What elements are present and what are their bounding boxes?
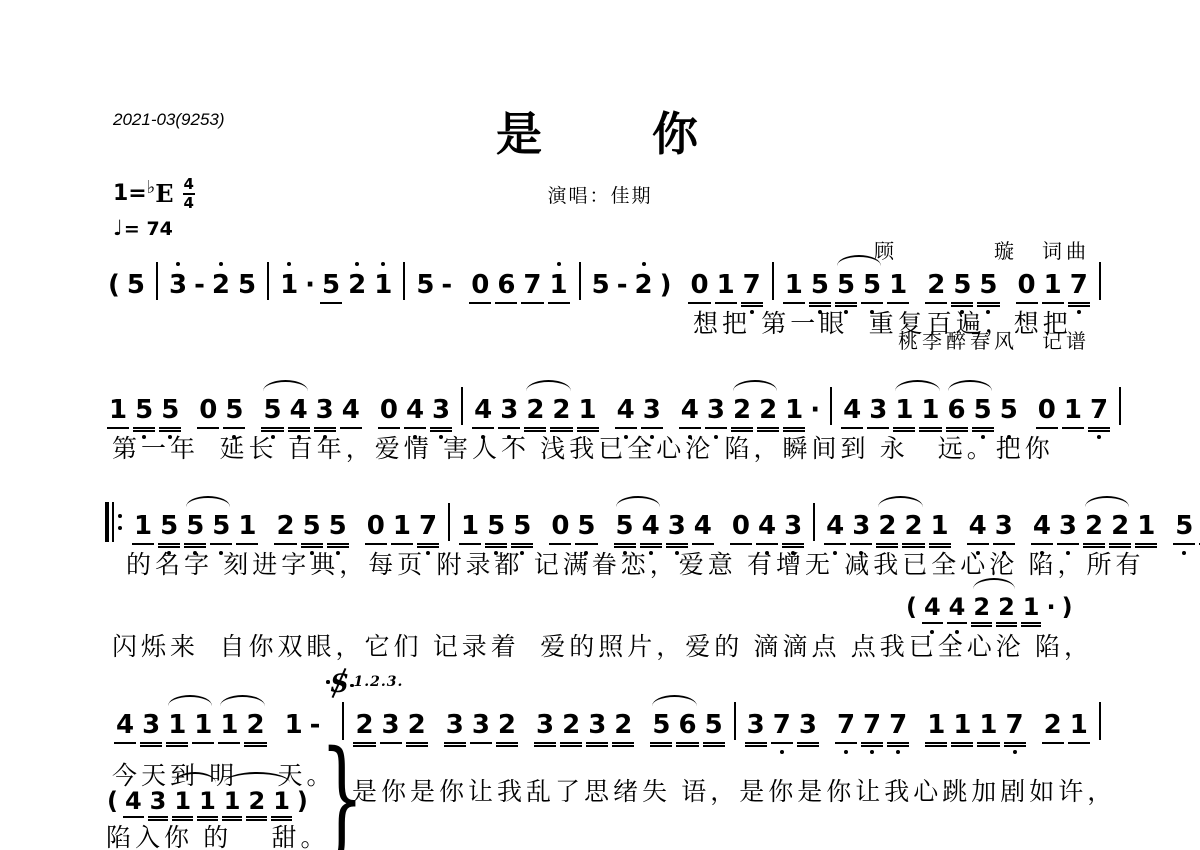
octave-dot-below bbox=[844, 750, 848, 754]
octave-dot-below bbox=[780, 750, 784, 754]
paren: ( bbox=[905, 593, 918, 621]
note: 4 bbox=[841, 394, 863, 429]
segno-dot bbox=[350, 684, 354, 688]
octave-dot-below bbox=[1013, 750, 1017, 754]
dash: - bbox=[193, 270, 206, 300]
note: 7 bbox=[1004, 709, 1026, 744]
note: 1 bbox=[1062, 394, 1084, 429]
tie-group: 121 bbox=[220, 786, 294, 818]
paren: ) bbox=[296, 787, 309, 815]
note: 4 bbox=[640, 510, 662, 545]
note: 2 bbox=[210, 269, 232, 302]
barline-icon bbox=[461, 387, 463, 425]
barline-icon bbox=[267, 262, 269, 300]
note: 4 bbox=[692, 510, 714, 545]
note: 1 bbox=[172, 786, 193, 818]
note: 5 bbox=[575, 510, 597, 545]
rest: 0 bbox=[1016, 269, 1038, 304]
note: 6 bbox=[495, 269, 517, 304]
note: 5 bbox=[327, 510, 349, 545]
note: 4 bbox=[824, 510, 846, 545]
note: 1 bbox=[887, 269, 909, 304]
tie-group: 22 bbox=[874, 510, 926, 545]
tie-group: 22 bbox=[1081, 510, 1133, 545]
barline-icon bbox=[403, 262, 405, 300]
note: 1 bbox=[715, 269, 737, 304]
note: 5 bbox=[223, 394, 245, 429]
note: 2 bbox=[1042, 709, 1064, 744]
notes-line-5: 4311121-S1.2.3.2323323232565373777111721 bbox=[112, 702, 1108, 744]
time-top: 4 bbox=[183, 176, 195, 195]
note: 5 bbox=[485, 510, 507, 545]
tie-group: 56 bbox=[648, 709, 700, 744]
note: 7 bbox=[771, 709, 793, 744]
note: 5 bbox=[998, 394, 1020, 427]
note: 1 bbox=[197, 786, 218, 818]
tie-group: 55 bbox=[182, 510, 234, 545]
octave-dot-below bbox=[896, 750, 900, 754]
tie-group: 12 bbox=[216, 709, 268, 744]
note: 3 bbox=[797, 709, 819, 744]
note: 1 bbox=[107, 394, 129, 429]
flat-icon: ♭ bbox=[147, 177, 156, 198]
segno-icon: S bbox=[330, 671, 348, 696]
note: 4 bbox=[922, 592, 943, 624]
note: 6 bbox=[676, 709, 698, 744]
note: 1 bbox=[977, 709, 999, 744]
repeat-dot bbox=[118, 526, 122, 530]
note: 5 bbox=[809, 269, 831, 304]
barline-icon bbox=[734, 702, 736, 740]
note: 5 bbox=[972, 394, 994, 429]
note: 4 bbox=[947, 592, 968, 624]
barline-icon bbox=[579, 262, 581, 300]
volta-numbers: 1.2.3. bbox=[354, 674, 404, 690]
note: 3 bbox=[745, 709, 767, 744]
tempo-value: = 74 bbox=[124, 218, 173, 240]
note: 5 bbox=[236, 269, 258, 302]
tie-group: 54 bbox=[612, 510, 664, 545]
octave-dot-above bbox=[176, 262, 180, 266]
note: 4 bbox=[472, 394, 494, 429]
note: 1 bbox=[951, 709, 973, 744]
note: 1 bbox=[283, 709, 305, 742]
lyrics-line-4: 闪烁来 自你双眼，它们 记录着 爱的照片，爱的 滴滴点 点我已全心沦 陷， bbox=[112, 627, 1093, 663]
note: 1 bbox=[783, 269, 805, 304]
notes-line-1: (53-251·5215-06715-2)01715551255017 bbox=[105, 262, 1108, 304]
note: 4 bbox=[756, 510, 778, 545]
note: 1 bbox=[132, 510, 154, 545]
lyrics-line-1: 想把 第一眼 重复百遍，想把 bbox=[693, 304, 1072, 340]
paren: ( bbox=[106, 787, 119, 815]
dash: - bbox=[616, 270, 629, 300]
time-bottom: 4 bbox=[184, 195, 194, 212]
note: 1 bbox=[925, 709, 947, 744]
rest: 0 bbox=[378, 394, 400, 429]
notes-line-2: 155055434043432214343221·4311655017 bbox=[105, 387, 1128, 429]
note: 1 bbox=[577, 394, 599, 429]
note: 5 bbox=[703, 709, 725, 744]
note: 2 bbox=[1109, 510, 1131, 545]
paren: ) bbox=[1061, 593, 1074, 621]
note: 3 bbox=[867, 394, 889, 429]
note: 5 bbox=[1173, 510, 1195, 545]
note: 3 bbox=[314, 394, 336, 429]
paren: ( bbox=[107, 270, 121, 300]
note: 2 bbox=[902, 510, 924, 545]
note: 5 bbox=[210, 510, 232, 545]
rest: 0 bbox=[365, 510, 387, 545]
note: 3 bbox=[534, 709, 556, 744]
note: 7 bbox=[741, 269, 763, 304]
octave-dot-below bbox=[1182, 551, 1186, 555]
rest: 0 bbox=[469, 269, 491, 304]
note: 3 bbox=[470, 709, 492, 744]
note: 1 bbox=[1068, 709, 1090, 744]
note: 5 bbox=[650, 709, 672, 744]
note: 2 bbox=[731, 394, 753, 429]
segno-mark: S1.2.3. bbox=[330, 671, 450, 696]
augmentation-dot: · bbox=[809, 395, 821, 425]
note: 1 bbox=[222, 786, 243, 818]
note: 2 bbox=[632, 269, 654, 302]
note: 1 bbox=[236, 510, 258, 545]
note: 1 bbox=[548, 269, 570, 304]
key-signature: 1=♭E 4 4 bbox=[113, 176, 195, 211]
repeat-thin-bar bbox=[112, 502, 114, 542]
barline-icon bbox=[813, 503, 815, 541]
note: 4 bbox=[114, 709, 136, 744]
note: 3 bbox=[380, 709, 402, 744]
note: 3 bbox=[666, 510, 688, 545]
note: 2 bbox=[244, 709, 266, 744]
note: 1 bbox=[166, 709, 188, 744]
note: 5 bbox=[125, 269, 147, 302]
barline-icon bbox=[772, 262, 774, 300]
note: 1 bbox=[218, 709, 240, 744]
rest: 0 bbox=[197, 394, 219, 429]
repeat-dot bbox=[118, 514, 122, 518]
lyrics-line-3: 的名字 刻进字典，每页 附录都 记满眷恋，爱意 有增无 减我已全心沦 陷，所有 bbox=[126, 545, 1145, 581]
octave-dot-below bbox=[870, 750, 874, 754]
note: 3 bbox=[850, 510, 872, 545]
note: 1 bbox=[919, 394, 941, 429]
note: 3 bbox=[167, 269, 189, 302]
lyrics-line-2: 第一年 延长 百年，爱情 害人不 浅我已全心沦 陷，瞬间到 永 远。把你 bbox=[112, 429, 1054, 465]
note: 5 bbox=[320, 269, 342, 304]
barline-icon bbox=[1099, 702, 1101, 740]
note: 2 bbox=[1083, 510, 1105, 545]
tie-group: 65 bbox=[944, 394, 996, 429]
note: 4 bbox=[340, 394, 362, 429]
sheet-music-page: 2021-03(9253) 是 你 演唱：佳期 顾 璇 词曲 桃李醉春风 记谱 … bbox=[0, 0, 1200, 850]
tie-group: 11 bbox=[164, 709, 216, 744]
rest: 0 bbox=[730, 510, 752, 545]
note: 2 bbox=[757, 394, 779, 429]
note: 3 bbox=[705, 394, 727, 429]
note: 5 bbox=[184, 510, 206, 545]
note: 1 bbox=[372, 269, 394, 302]
quarter-note-icon: ♩ bbox=[113, 216, 123, 240]
note: 1 bbox=[278, 269, 300, 302]
note: 5 bbox=[133, 394, 155, 429]
note: 5 bbox=[951, 269, 973, 304]
note: 4 bbox=[404, 394, 426, 429]
note: 1 bbox=[893, 394, 915, 429]
note: 5 bbox=[414, 269, 436, 302]
note: 1 bbox=[192, 709, 214, 744]
octave-dot-above bbox=[557, 262, 561, 266]
octave-dot-below bbox=[1097, 435, 1101, 439]
note: 1 bbox=[391, 510, 413, 545]
tie-group: 22 bbox=[969, 592, 1018, 624]
note: 4 bbox=[1031, 510, 1053, 545]
note: 1 bbox=[1021, 592, 1042, 624]
note: 1 bbox=[783, 394, 805, 429]
dash: - bbox=[440, 270, 453, 300]
notes-line-3: 1555125501715505543404343221434322155 bbox=[105, 502, 1200, 544]
rest: 0 bbox=[549, 510, 571, 545]
tie-group: 11 bbox=[891, 394, 943, 429]
repeat-thick-bar bbox=[105, 502, 109, 542]
note: 3 bbox=[1057, 510, 1079, 545]
note: 2 bbox=[996, 592, 1017, 624]
tempo-marking: ♩= 74 bbox=[113, 216, 173, 240]
note: 1 bbox=[929, 510, 951, 545]
note: 5 bbox=[301, 510, 323, 545]
lyrics-line-6-alt: 陷入你 的 甜。 bbox=[106, 818, 330, 850]
note: 2 bbox=[246, 786, 267, 818]
note: 7 bbox=[417, 510, 439, 545]
barline-icon bbox=[448, 503, 450, 541]
note: 2 bbox=[560, 709, 582, 744]
barline-icon bbox=[1099, 262, 1101, 300]
rest: 0 bbox=[1036, 394, 1058, 429]
note: 5 bbox=[977, 269, 999, 304]
note: 2 bbox=[612, 709, 634, 744]
note: 5 bbox=[835, 269, 857, 304]
tie-group: 22 bbox=[522, 394, 574, 429]
note: 1 bbox=[1042, 269, 1064, 304]
barline-icon bbox=[1119, 387, 1121, 425]
octave-dot-above bbox=[287, 262, 291, 266]
octave-dot-above bbox=[381, 262, 385, 266]
note: 4 bbox=[679, 394, 701, 429]
note: 4 bbox=[615, 394, 637, 429]
note: 5 bbox=[861, 269, 883, 304]
note: 4 bbox=[288, 394, 310, 429]
note: 2 bbox=[971, 592, 992, 624]
lyrics-chorus: 是你是你让我乱了思绪失 语，是你是你让我心跳加剧如许， bbox=[352, 772, 1116, 808]
note: 3 bbox=[430, 394, 452, 429]
octave-dot-above bbox=[642, 262, 646, 266]
page-title: 是 你 bbox=[0, 98, 1200, 164]
note: 3 bbox=[586, 709, 608, 744]
note: 5 bbox=[158, 510, 180, 545]
note: 3 bbox=[641, 394, 663, 429]
note: 7 bbox=[887, 709, 909, 744]
tie-group: 55 bbox=[833, 269, 885, 304]
note: 2 bbox=[496, 709, 518, 744]
note: 3 bbox=[782, 510, 804, 545]
note: 5 bbox=[159, 394, 181, 429]
note: 5 bbox=[511, 510, 533, 545]
barline-icon bbox=[830, 387, 832, 425]
note: 2 bbox=[346, 269, 368, 302]
key-note: E bbox=[155, 179, 173, 208]
octave-dot-below bbox=[1077, 310, 1081, 314]
time-signature: 4 4 bbox=[183, 176, 195, 211]
note: 5 bbox=[261, 394, 283, 429]
note: 2 bbox=[274, 510, 296, 545]
segno-slash bbox=[332, 668, 347, 698]
key-prefix: 1= bbox=[113, 181, 147, 206]
note: 7 bbox=[521, 269, 543, 304]
note: 7 bbox=[1068, 269, 1090, 304]
note: 5 bbox=[590, 269, 612, 302]
tie-group: 54 bbox=[259, 394, 311, 429]
note: 6 bbox=[946, 394, 968, 429]
note: 4 bbox=[967, 510, 989, 545]
note: 3 bbox=[148, 786, 169, 818]
barline-icon bbox=[156, 262, 158, 300]
note: 1 bbox=[271, 786, 292, 818]
note: 7 bbox=[1088, 394, 1110, 429]
note: 2 bbox=[925, 269, 947, 304]
augmentation-dot: · bbox=[1045, 593, 1056, 621]
repeat-dots bbox=[118, 502, 122, 542]
note: 1 bbox=[1135, 510, 1157, 545]
note: 7 bbox=[835, 709, 857, 744]
octave-dot-above bbox=[219, 262, 223, 266]
note: 5 bbox=[614, 510, 636, 545]
note: 3 bbox=[498, 394, 520, 429]
segno-dot bbox=[326, 680, 330, 684]
note: 2 bbox=[524, 394, 546, 429]
note: 3 bbox=[140, 709, 162, 744]
repeat-open-icon bbox=[105, 502, 122, 542]
note: 3 bbox=[993, 510, 1015, 545]
note: 4 bbox=[123, 786, 144, 818]
augmentation-dot: · bbox=[304, 270, 316, 300]
note: 3 bbox=[444, 709, 466, 744]
rest: 0 bbox=[688, 269, 710, 304]
tie-group: 22 bbox=[729, 394, 781, 429]
note: 2 bbox=[876, 510, 898, 545]
octave-dot-above bbox=[355, 262, 359, 266]
paren: ) bbox=[659, 270, 673, 300]
note: 1 bbox=[459, 510, 481, 545]
note: 7 bbox=[861, 709, 883, 744]
note: 2 bbox=[550, 394, 572, 429]
note: 2 bbox=[406, 709, 428, 744]
tie-group: 11 bbox=[170, 786, 219, 818]
